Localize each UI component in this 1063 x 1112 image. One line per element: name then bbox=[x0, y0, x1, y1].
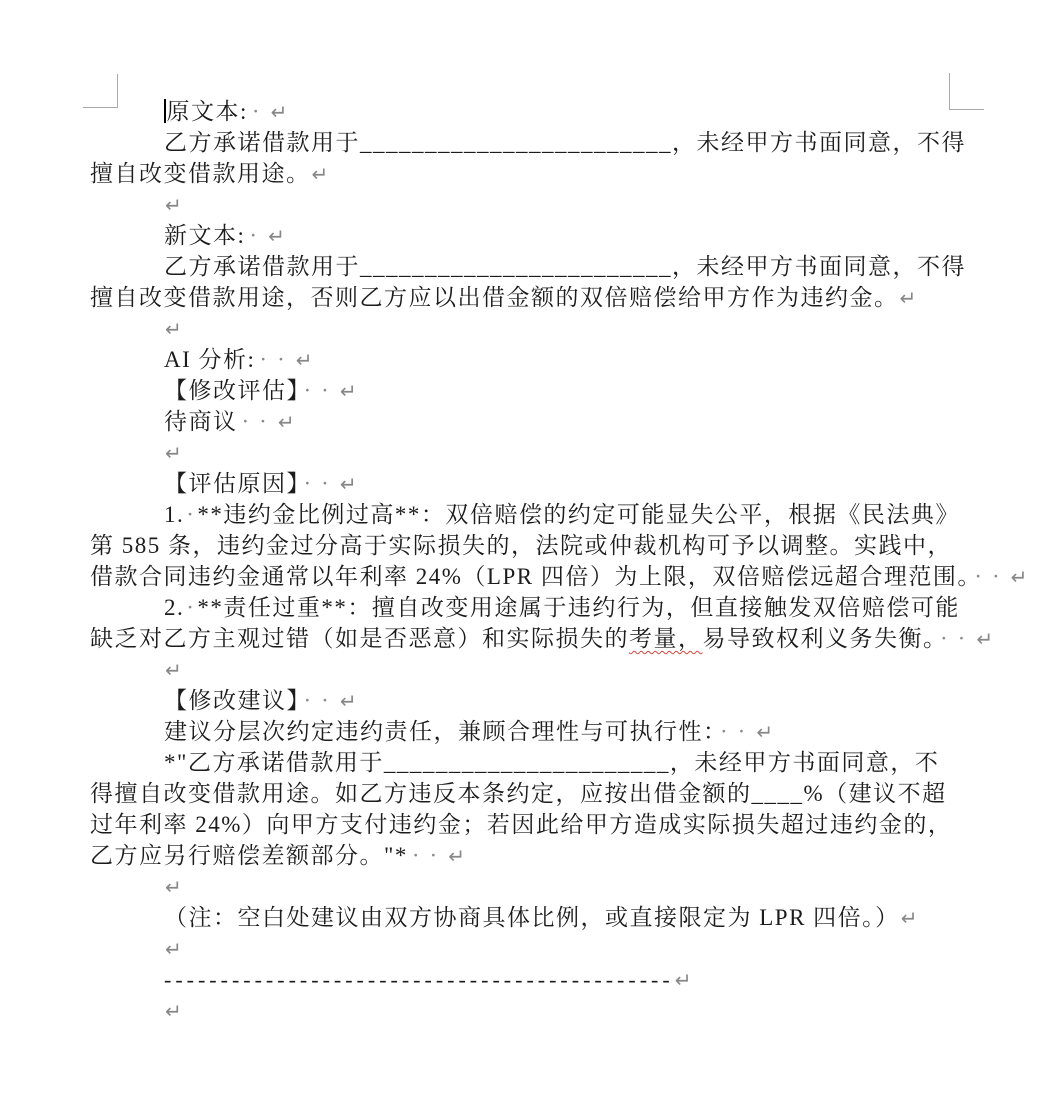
text-line[interactable]: 过年利率 24%）向甲方支付违约金；若因此给甲方造成实际损失超过违约金的， bbox=[90, 809, 1050, 840]
text-run: 得擅自改变借款用途。如乙方违反本条约定，应按出借金额的____%（建议不超 bbox=[90, 781, 947, 806]
text-line[interactable]: 【评估原因】··↵ bbox=[90, 468, 1050, 499]
text-run: 易导致权利义务失衡。 bbox=[703, 626, 937, 651]
text-line[interactable]: 新文本:·↵ bbox=[90, 220, 1050, 251]
paragraph-mark-icon: ↵ bbox=[340, 379, 357, 403]
text-line[interactable]: 待商议··↵ bbox=[90, 406, 1050, 437]
space-marks: ·· bbox=[304, 688, 339, 713]
text-line[interactable]: 2.·**责任过重**：擅自改变用途属于违约行为，但直接触发双倍赔偿可能 bbox=[90, 592, 1050, 623]
text-line[interactable]: ↵ bbox=[90, 654, 1050, 685]
space-marks: ·· bbox=[940, 626, 975, 651]
paragraph-mark-icon: ↵ bbox=[756, 720, 773, 744]
text-line[interactable]: 借款合同违约金通常以年利率 24%（LPR 四倍）为上限，双倍赔偿远超合理范围。… bbox=[90, 561, 1050, 592]
text-line[interactable]: 缺乏对乙方主观过错（如是否恶意）和实际损失的考量，易导致权利义务失衡。··↵ bbox=[90, 623, 1050, 654]
text-line[interactable]: ↵ bbox=[90, 313, 1050, 344]
text-run: 原文本: bbox=[167, 99, 248, 124]
paragraph-mark-icon: ↵ bbox=[165, 441, 182, 465]
paragraph-mark-icon: ↵ bbox=[340, 689, 357, 713]
text-line[interactable]: *"乙方承诺借款用于______________________，未经甲方书面同… bbox=[90, 747, 1050, 778]
text-line[interactable]: 【修改评估】··↵ bbox=[90, 375, 1050, 406]
space-marks: ·· bbox=[412, 843, 447, 868]
text-run: 建议分层次约定违约责任，兼顾合理性与可执行性： bbox=[164, 719, 716, 744]
spellcheck-squiggle-text: 考量， bbox=[629, 626, 703, 651]
text-caret bbox=[164, 99, 166, 123]
text-run: 待商议 bbox=[164, 409, 238, 434]
text-run: 擅自改变借款用途，否则乙方应以出借金额的双倍赔偿给甲方作为违约金。 bbox=[90, 285, 899, 310]
text-line[interactable]: ↵ bbox=[90, 995, 1050, 1026]
paragraph-mark-icon: ↵ bbox=[271, 100, 288, 124]
space-marks: · bbox=[249, 223, 267, 248]
paragraph-mark-icon: ↵ bbox=[165, 999, 182, 1023]
text-run: 【评估原因】 bbox=[164, 471, 300, 496]
text-run: 乙方应另行赔偿差额部分。"* bbox=[90, 843, 408, 868]
text-line[interactable]: 乙方应另行赔偿差额部分。"*··↵ bbox=[90, 840, 1050, 871]
paragraph-mark-icon: ↵ bbox=[900, 286, 917, 310]
text-run: ----------------------------------------… bbox=[164, 967, 674, 992]
paragraph-mark-icon: ↵ bbox=[312, 162, 329, 186]
document-lines[interactable]: 原文本:·↵乙方承诺借款用于________________________，未… bbox=[90, 96, 1050, 1026]
text-run: 新文本: bbox=[164, 223, 245, 248]
text-line[interactable]: ↵ bbox=[90, 437, 1050, 468]
text-line[interactable]: 乙方承诺借款用于________________________，未经甲方书面同… bbox=[90, 251, 1050, 282]
space-marks: ·· bbox=[974, 564, 1009, 589]
space-marks: ·· bbox=[304, 471, 339, 496]
text-run: 借款合同违约金通常以年利率 24%（LPR 四倍）为上限，双倍赔偿远超合理范围。 bbox=[90, 564, 970, 589]
text-line[interactable]: ↵ bbox=[90, 871, 1050, 902]
text-line[interactable]: 【修改建议】··↵ bbox=[90, 685, 1050, 716]
text-line[interactable]: 1.·**违约金比例过高**：双倍赔偿的约定可能显失公平，根据《民法典》 bbox=[90, 499, 1050, 530]
text-run: *"乙方承诺借款用于______________________，未经甲方书面同… bbox=[164, 750, 939, 775]
space-marks: · bbox=[252, 99, 270, 124]
paragraph-mark-icon: ↵ bbox=[165, 658, 182, 682]
space-marks: ·· bbox=[242, 409, 277, 434]
paragraph-mark-icon: ↵ bbox=[976, 627, 993, 651]
text-run: （注：空白处建议由双方协商具体比例，或直接限定为 LPR 四倍。） bbox=[164, 905, 900, 930]
space-mark: · bbox=[184, 595, 197, 620]
text-run: 乙方承诺借款用于________________________，未经甲方书面同… bbox=[164, 130, 966, 155]
space-mark: · bbox=[184, 502, 197, 527]
paragraph-mark-icon: ↵ bbox=[1011, 565, 1028, 589]
text-run: **责任过重**：擅自改变用途属于违约行为，但直接触发双倍赔偿可能 bbox=[197, 595, 960, 620]
text-line[interactable]: （注：空白处建议由双方协商具体比例，或直接限定为 LPR 四倍。）↵ bbox=[90, 902, 1050, 933]
text-line[interactable]: AI 分析:··↵ bbox=[90, 344, 1050, 375]
paragraph-mark-icon: ↵ bbox=[268, 224, 285, 248]
text-line[interactable]: 乙方承诺借款用于________________________，未经甲方书面同… bbox=[90, 127, 1050, 158]
text-run: 【修改评估】 bbox=[164, 378, 300, 403]
text-run: **违约金比例过高**：双倍赔偿的约定可能显失公平，根据《民法典》 bbox=[197, 502, 960, 527]
text-run: 第 585 条，违约金过分高于实际损失的，法院或仲裁机构可予以调整。实践中， bbox=[90, 533, 952, 558]
text-line[interactable]: 擅自改变借款用途。↵ bbox=[90, 158, 1050, 189]
text-run: 擅自改变借款用途。 bbox=[90, 161, 311, 186]
text-run: 【修改建议】 bbox=[164, 688, 300, 713]
paragraph-mark-icon: ↵ bbox=[278, 410, 295, 434]
text-line[interactable]: 擅自改变借款用途，否则乙方应以出借金额的双倍赔偿给甲方作为违约金。↵ bbox=[90, 282, 1050, 313]
space-marks: ·· bbox=[259, 347, 294, 372]
paragraph-mark-icon: ↵ bbox=[296, 348, 313, 372]
paragraph-mark-icon: ↵ bbox=[340, 472, 357, 496]
text-run: 乙方承诺借款用于________________________，未经甲方书面同… bbox=[164, 254, 966, 279]
text-run: 2. bbox=[164, 595, 184, 620]
paragraph-mark-icon: ↵ bbox=[675, 968, 692, 992]
text-line[interactable]: 建议分层次约定违约责任，兼顾合理性与可执行性：··↵ bbox=[90, 716, 1050, 747]
paragraph-mark-icon: ↵ bbox=[165, 937, 182, 961]
text-line[interactable]: ↵ bbox=[90, 933, 1050, 964]
text-line[interactable]: 原文本:·↵ bbox=[90, 96, 1050, 127]
text-line[interactable]: ----------------------------------------… bbox=[90, 964, 1050, 995]
text-run: 过年利率 24%）向甲方支付违约金；若因此给甲方造成实际损失超过违约金的， bbox=[90, 812, 952, 837]
text-run: 缺乏对乙方主观过错（如是否恶意）和实际损失的 bbox=[90, 626, 629, 651]
space-marks: ·· bbox=[304, 378, 339, 403]
paragraph-mark-icon: ↵ bbox=[165, 317, 182, 341]
paragraph-mark-icon: ↵ bbox=[165, 875, 182, 899]
paragraph-mark-icon: ↵ bbox=[165, 193, 182, 217]
document-page[interactable]: 原文本:·↵乙方承诺借款用于________________________，未… bbox=[0, 0, 1063, 1112]
paragraph-mark-icon: ↵ bbox=[901, 906, 918, 930]
text-line[interactable]: 得擅自改变借款用途。如乙方违反本条约定，应按出借金额的____%（建议不超 bbox=[90, 778, 1050, 809]
text-run: AI 分析: bbox=[164, 347, 255, 372]
text-run: 1. bbox=[164, 502, 184, 527]
text-line[interactable]: 第 585 条，违约金过分高于实际损失的，法院或仲裁机构可予以调整。实践中， bbox=[90, 530, 1050, 561]
text-line[interactable]: ↵ bbox=[90, 189, 1050, 220]
paragraph-mark-icon: ↵ bbox=[448, 844, 465, 868]
space-marks: ·· bbox=[720, 719, 755, 744]
